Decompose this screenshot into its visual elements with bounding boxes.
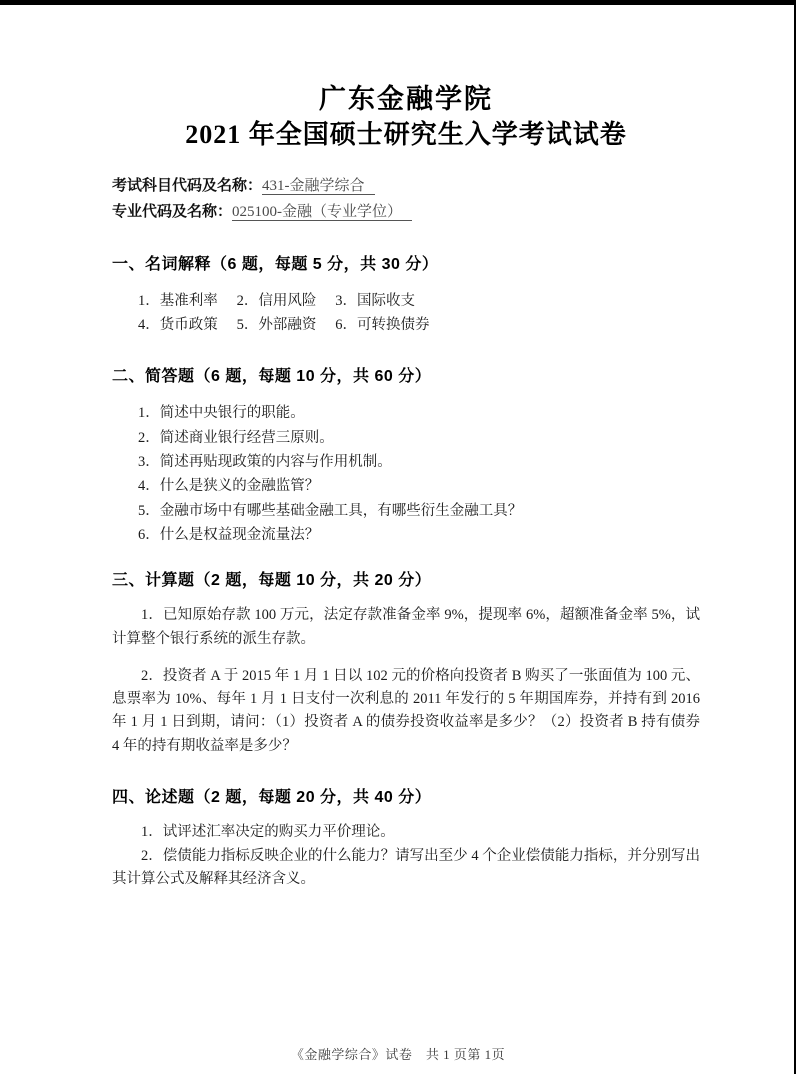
exam-paper-page: 广东金融学院 2021 年全国硕士研究生入学考试试卷 考试科目代码及名称：431… bbox=[0, 0, 796, 891]
calc-problem-1: 1．已知原始存款 100 万元，法定存款准备金率 9%，提现率 6%，超额准备金… bbox=[112, 604, 700, 651]
term-item: 5．外部融资 bbox=[237, 313, 332, 337]
term-item: 3．国际收支 bbox=[335, 289, 430, 313]
subject-code-value: 431-金融学综合 bbox=[262, 178, 375, 195]
calc-problem-2: 2．投资者 A 于 2015 年 1 月 1 日以 102 元的价格向投资者 B… bbox=[112, 665, 700, 758]
term-item: 6．可转换债券 bbox=[335, 313, 430, 337]
term-row: 1．基准利率 2．信用风险 3．国际收支 bbox=[138, 289, 700, 313]
question-item: 6．什么是权益现金流量法？ bbox=[138, 523, 700, 547]
term-row: 4．货币政策 5．外部融资 6．可转换债券 bbox=[138, 313, 700, 337]
question-item: 5．金融市场中有哪些基础金融工具，有哪些衍生金融工具？ bbox=[138, 499, 700, 523]
essay-problem-2: 2．偿债能力指标反映企业的什么能力？请写出至少 4 个企业偿债能力指标，并分别写… bbox=[112, 845, 700, 892]
question-item: 2．简述商业银行经营三原则。 bbox=[138, 426, 700, 450]
section-2-questions: 1．简述中央银行的职能。 2．简述商业银行经营三原则。 3．简述再贴现政策的内容… bbox=[112, 401, 700, 547]
subject-code-label: 考试科目代码及名称： bbox=[112, 178, 262, 194]
section-2-heading: 二、简答题（6 题，每题 10 分，共 60 分） bbox=[112, 367, 700, 386]
page-footer: 《金融学综合》试卷 共 1 页第 1页 bbox=[0, 1044, 796, 1063]
section-3-heading: 三、计算题（2 题，每题 10 分，共 20 分） bbox=[112, 571, 700, 590]
section-4-heading: 四、论述题（2 题，每题 20 分，共 40 分） bbox=[112, 788, 700, 807]
school-title: 广东金融学院 bbox=[112, 84, 700, 115]
exam-meta-block: 考试科目代码及名称：431-金融学综合 专业代码及名称：025100-金融（专业… bbox=[112, 173, 700, 225]
section-1-terms: 1．基准利率 2．信用风险 3．国际收支 4．货币政策 5．外部融资 6．可转换… bbox=[112, 289, 700, 337]
term-item: 2．信用风险 bbox=[237, 289, 332, 313]
subject-code-line: 考试科目代码及名称：431-金融学综合 bbox=[112, 173, 700, 199]
question-item: 4．什么是狭义的金融监管？ bbox=[138, 474, 700, 498]
essay-problem-1: 1．试评述汇率决定的购买力平价理论。 bbox=[112, 821, 700, 844]
term-item: 4．货币政策 bbox=[138, 313, 233, 337]
question-item: 3．简述再贴现政策的内容与作用机制。 bbox=[138, 450, 700, 474]
exam-title: 2021 年全国硕士研究生入学考试试卷 bbox=[112, 120, 700, 150]
major-code-label: 专业代码及名称： bbox=[112, 204, 232, 220]
question-item: 1．简述中央银行的职能。 bbox=[138, 401, 700, 425]
major-code-value: 025100-金融（专业学位） bbox=[232, 204, 412, 221]
section-1-heading: 一、名词解释（6 题，每题 5 分，共 30 分） bbox=[112, 255, 700, 274]
major-code-line: 专业代码及名称：025100-金融（专业学位） bbox=[112, 199, 700, 225]
term-item: 1．基准利率 bbox=[138, 289, 233, 313]
